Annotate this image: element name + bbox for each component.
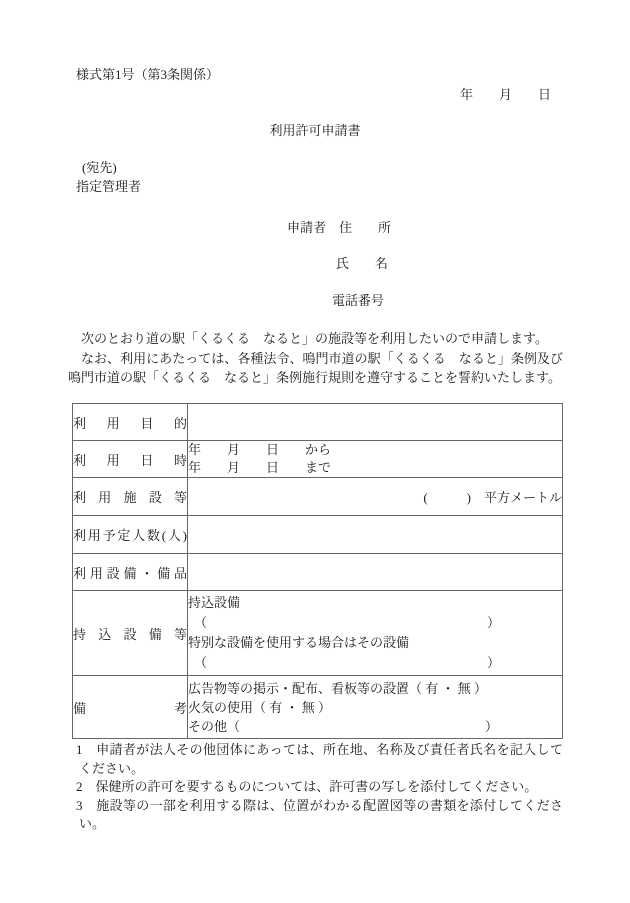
- facility-unit-text: ( ) 平方メートル: [423, 490, 562, 505]
- bring-in-line1: 持込設備: [188, 593, 562, 613]
- people-label: 利用予定人数(人): [73, 516, 188, 554]
- datetime-from-line: 年 月 日 から: [188, 441, 562, 459]
- purpose-value-cell: [188, 404, 563, 441]
- application-statement: 次のとおり道の駅「くるくる なると」の施設等を利用したいので申請します。 なお、…: [68, 329, 563, 388]
- datetime-to-line: 年 月 日 まで: [188, 459, 562, 477]
- close-paren: ）: [487, 653, 500, 673]
- remarks-value-cell: 広告物等の掲示・配布、看板等の設置（ 有 ・ 無 ） 火気の使用（ 有 ・ 無 …: [188, 676, 563, 739]
- bring-in-blank2: （ ）: [188, 653, 500, 673]
- remarks-line1: 広告物等の掲示・配布、看板等の設置（ 有 ・ 無 ）: [188, 679, 562, 698]
- close-paren: ）: [487, 613, 500, 633]
- open-paren: （: [194, 613, 207, 633]
- table-row-equipment: 利用設備・備品: [73, 554, 563, 591]
- close-paren: ）: [485, 717, 498, 736]
- statement-paragraph-2: なお、利用にあたっては、各種法令、鳴門市道の駅「くるくる なると」条例及び鳴門市…: [68, 349, 563, 388]
- datetime-value-cell: 年 月 日 から 年 月 日 まで: [188, 441, 563, 478]
- remarks-line3: その他（ ）: [188, 717, 498, 736]
- purpose-label: 利用目的: [73, 404, 188, 441]
- bring-in-value-cell: 持込設備 （ ） 特別な設備を使用する場合はその設備 （ ）: [188, 591, 563, 676]
- statement-paragraph-1: 次のとおり道の駅「くるくる なると」の施設等を利用したいので申請します。: [68, 329, 563, 349]
- applicant-phone-line: 電話番号: [332, 290, 384, 309]
- open-paren: （: [194, 653, 207, 673]
- equipment-value-cell: [188, 554, 563, 591]
- form-number: 様式第1号（第3条関係）: [76, 64, 219, 83]
- people-value-cell: [188, 516, 563, 554]
- note-2: 2 保健所の許可を要するものについては、許可書の写しを添付してください。: [68, 778, 563, 797]
- remarks-other-open: その他（: [188, 717, 240, 736]
- equipment-label: 利用設備・備品: [73, 554, 188, 591]
- table-row-remarks: 備考 広告物等の掲示・配布、看板等の設置（ 有 ・ 無 ） 火気の使用（ 有 ・…: [73, 676, 563, 739]
- application-table: 利用目的 利用日時 年 月 日 から 年 月 日 まで 利用施設等 ( ) 平方…: [72, 403, 563, 739]
- designated-manager-label: 指定管理者: [76, 176, 141, 195]
- table-row-purpose: 利用目的: [73, 404, 563, 441]
- note-3: 3 施設等の一部を利用する際は、位置がわかる配置図等の書類を添付してください。: [68, 797, 563, 834]
- bring-in-blank1: （ ）: [188, 613, 500, 633]
- bring-in-label: 持込設備等: [73, 591, 188, 676]
- datetime-label: 利用日時: [73, 441, 188, 478]
- facility-value-cell: ( ) 平方メートル: [188, 478, 563, 516]
- page-title: 利用許可申請書: [0, 120, 630, 139]
- table-row-datetime: 利用日時 年 月 日 から 年 月 日 まで: [73, 441, 563, 478]
- remarks-label: 備考: [73, 676, 188, 739]
- table-row-facility: 利用施設等 ( ) 平方メートル: [73, 478, 563, 516]
- table-row-bring-in: 持込設備等 持込設備 （ ） 特別な設備を使用する場合はその設備 （ ）: [73, 591, 563, 676]
- note-1: 1 申請者が法人その他団体にあっては、所在地、名称及び責任者氏名を記入してくださ…: [68, 741, 563, 778]
- application-form-page: 様式第1号（第3条関係） 年 月 日 利用許可申請書 (宛先) 指定管理者 申請…: [0, 0, 630, 903]
- recipient-label: (宛先): [82, 157, 117, 176]
- applicant-address-line: 申請者 住 所: [287, 217, 391, 236]
- facility-label: 利用施設等: [73, 478, 188, 516]
- footer-notes: 1 申請者が法人その他団体にあっては、所在地、名称及び責任者氏名を記入してくださ…: [68, 741, 563, 834]
- applicant-name-line: 氏 名: [336, 253, 388, 272]
- table-row-people: 利用予定人数(人): [73, 516, 563, 554]
- remarks-line2: 火気の使用（ 有 ・ 無 ）: [188, 698, 562, 717]
- date-line: 年 月 日: [460, 84, 551, 103]
- bring-in-line3: 特別な設備を使用する場合はその設備: [188, 633, 562, 653]
